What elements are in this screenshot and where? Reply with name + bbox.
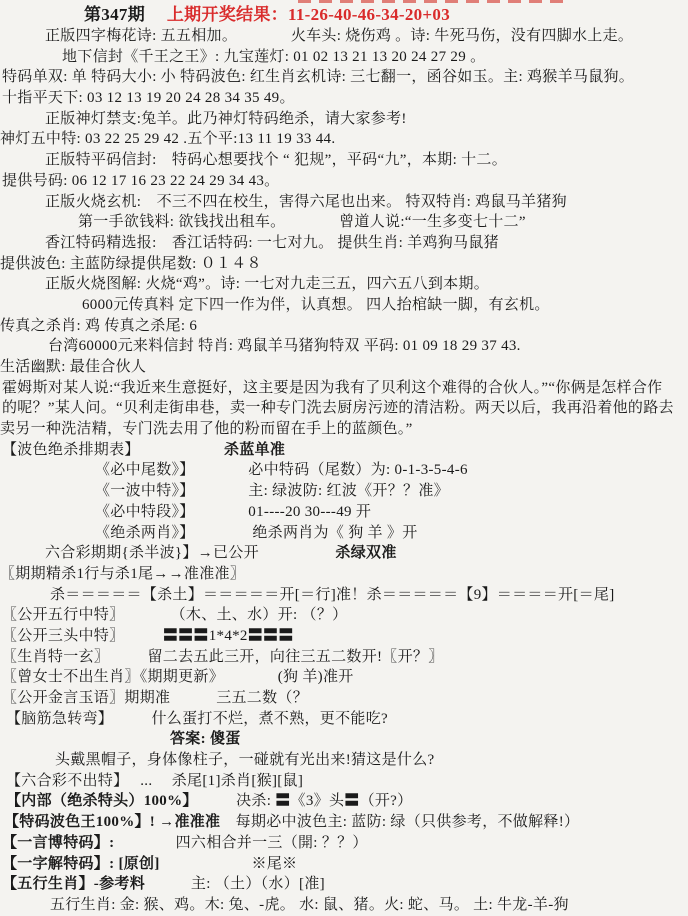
text-line-18: 生活幽默: 最佳合伙人	[0, 357, 688, 378]
text-segment: 主: （土）（水）[准]	[145, 876, 325, 892]
text-line-33: 〖曾女士不出生肖〗《期期更新》 (狗 羊)准开	[0, 667, 688, 688]
text-segment: 卖另一种洗洁精，专门洗去用了他的粉而留在手上的蓝颜色。”	[0, 421, 413, 437]
text-segment: 霍姆斯对某人说:“我近来生意挺好，这主要是因为我有了贝利这个难得的合伙人。”“你…	[2, 380, 662, 396]
text-line-37: 头戴黑帽子，身体像柱子，一碰就有光出来!猜这是什么?	[0, 750, 688, 771]
text-segment: 四六相合并一三（開: ？？）	[114, 835, 367, 851]
text-line-42: 【一字解特码】: [原创] ※尾※	[0, 854, 688, 875]
issue-number: 第347期	[84, 5, 145, 24]
section-label: 六合彩期期{杀半波}】→已公开	[45, 545, 259, 561]
section-label: 【特码波色王100%】! →准准准	[4, 814, 220, 830]
text-line-8: 正版特平码信封: 特码心想要找个 “ 犯规”，平码“九”，本期: 十二。	[0, 150, 688, 171]
text-segment: 特码单双: 单 特码大小: 小 特码波色: 红生肖玄机诗: 三七翻一，函谷如玉。…	[2, 69, 634, 85]
text-segment: （开?）	[360, 793, 413, 809]
text-line-28: 〖期期精杀1行与杀1尾→→准准准〗	[0, 564, 688, 585]
text-line-3: 地下信封《千王之王》: 九宝莲灯: 01 02 13 21 13 20 24 2…	[0, 47, 688, 68]
text-line-17: 台湾60000元来料信封 特肖: 鸡鼠羊马猪狗特双 平码: 01 09 18 2…	[0, 336, 688, 357]
text-line-26: 《绝杀两肖》】 绝杀两肖为《 狗 羊 》开	[0, 523, 688, 544]
text-line-20: 的呢？”某人问。“贝利走街串巷，卖一种专门洗去厨房污迹的清洁粉。两天以后，我再沿…	[0, 398, 688, 419]
last-draw-numbers: 11-26-40-46-34-20+03	[288, 5, 450, 24]
text-segment: 〖公开金言玉语〗期期准 三五二数（？	[2, 690, 308, 706]
text-segment: 传真之杀肖: 鸡 传真之杀尾: 6	[0, 318, 197, 334]
text-line-1: 第347期 上期开奖结果：11-26-40-46-34-20+03	[0, 4, 688, 26]
text-line-9: 提供号码: 06 12 17 16 23 22 24 29 34 43。	[0, 171, 688, 192]
text-segment: 《必中尾数》】 必中特码（尾数）为: 0-1-3-5-4-6	[95, 462, 468, 478]
text-segment: 正版火烧图解: 火烧“鸡”。诗: 一七对九走三五，四六五八到本期。	[45, 276, 489, 292]
section-label: 【六合彩不出特】	[6, 773, 121, 789]
text-line-21: 卖另一种洗洁精，专门洗去用了他的粉而留在手上的蓝颜色。”	[0, 419, 688, 440]
text-line-40: 【特码波色王100%】! →准准准 每期必中波色主: 蓝防: 绿（只供参考，不做…	[0, 812, 688, 833]
text-line-15: 6000元传真料 定下四一作为伴，认真想。 四人抬棺缺一脚，有玄机。	[0, 295, 688, 316]
cropped-red-text-remnant	[298, 0, 563, 3]
text-line-13: 提供波色: 主蓝防绿提供尾数: ０１４８	[0, 254, 688, 275]
text-line-27: 六合彩期期{杀半波}】→已公开 杀绿双准	[0, 543, 688, 564]
text-line-38: 【六合彩不出特】 ... 杀尾[1]杀肖[猴][鼠]	[0, 771, 688, 792]
text-segment: 6000元传真料 定下四一作为伴，认真想。 四人抬棺缺一脚，有玄机。	[82, 297, 550, 313]
text-line-19: 霍姆斯对某人说:“我近来生意挺好，这主要是因为我有了贝利这个难得的合伙人。”“你…	[0, 378, 688, 399]
text-segment: 正版特平码信封: 特码心想要找个 “ 犯规”，平码“九”，本期: 十二。	[45, 152, 507, 168]
text-line-24: 《一波中特》】 主: 绿波防: 红波《开？？准》	[0, 481, 688, 502]
text-segment: 每期必中波色主: 蓝防: 绿（只供参考，不做解释!）	[220, 814, 579, 830]
text-segment: 五行生肖: 金: 猴、鸡。木: 兔、-虎。 水: 鼠、猪。火: 蛇、马。 土: …	[50, 897, 569, 913]
text-segment: 〖公开五行中特〗 （木、土、水）开: （？）	[2, 607, 347, 623]
text-line-4: 特码单双: 单 特码大小: 小 特码波色: 红生肖玄机诗: 三七翻一，函谷如玉。…	[0, 67, 688, 88]
text-segment: 正版四字梅花诗: 五五相加。 火车头: 烧伤鸡 。诗: 牛死马伤，没有四脚水上走…	[45, 28, 633, 44]
text-segment: 正版火烧玄机: 不三不四在校生，害得六尾也出来。 特双特肖: 鸡鼠马羊猪狗	[45, 194, 567, 210]
document-body: 第347期 上期开奖结果：11-26-40-46-34-20+03正版四字梅花诗…	[0, 4, 688, 916]
section-label: 〖公开三头中特〗	[2, 628, 163, 644]
text-segment: 〖生肖特一玄〗 留二去五此三开，向往三五二数开!〖开？〗	[2, 649, 444, 665]
text-line-16: 传真之杀肖: 鸡 传真之杀尾: 6	[0, 316, 688, 337]
text-line-44: 五行生肖: 金: 猴、鸡。木: 兔、-虎。 水: 鼠、猪。火: 蛇、马。 土: …	[0, 895, 688, 916]
result-note: 杀绿双准	[335, 545, 396, 561]
text-segment: 杀＝＝＝＝＝【杀土】＝＝＝＝＝开[＝行]准！杀＝＝＝＝＝【9】＝＝＝＝开[＝尾]	[50, 587, 614, 603]
text-segment: 1*4*2	[209, 628, 248, 644]
text-line-10: 正版火烧玄机: 不三不四在校生，害得六尾也出来。 特双特肖: 鸡鼠马羊猪狗	[0, 192, 688, 213]
text-line-12: 香江特码精选报: 香江话特码: 一七对九。 提供生肖: 羊鸡狗马鼠猪	[0, 233, 688, 254]
text-segment: 《必中特段》】 01----20 30---49 开	[95, 504, 371, 520]
redaction-bar: 〓	[275, 793, 290, 809]
riddle-answer: 答案: 傻蛋	[170, 731, 241, 747]
text-segment: 的呢？”某人问。“贝利走街串巷，卖一种专门洗去厨房污迹的清洁粉。两天以后，我再沿…	[2, 400, 674, 416]
text-line-34: 〖公开金言玉语〗期期准 三五二数（？	[0, 688, 688, 709]
text-segment: 《绝杀两肖》】 绝杀两肖为《 狗 羊 》开	[95, 525, 418, 541]
text-segment: ※尾※	[160, 856, 298, 872]
text-line-35: 【脑筋急转弯】 什么蛋打不烂，煮不熟，更不能吃?	[0, 709, 688, 730]
lottery-tip-sheet: 第347期 上期开奖结果：11-26-40-46-34-20+03正版四字梅花诗…	[0, 0, 688, 916]
text-segment: 正版神灯禁支:兔羊。此乃神灯特码绝杀，请大家参考!	[45, 111, 407, 127]
text-line-30: 〖公开五行中特〗 （木、土、水）开: （？）	[0, 605, 688, 626]
text-line-7: 神灯五中特: 03 22 25 29 42 .五个平:13 11 19 33 4…	[0, 129, 688, 150]
text-line-6: 正版神灯禁支:兔羊。此乃神灯特码绝杀，请大家参考!	[0, 109, 688, 130]
result-note: 杀蓝单准	[224, 442, 285, 458]
redaction-bars: 〓〓〓	[248, 628, 294, 644]
text-line-25: 《必中特段》】 01----20 30---49 开	[0, 502, 688, 523]
section-label: 【五行生肖】-参考料	[2, 876, 145, 892]
text-line-14: 正版火烧图解: 火烧“鸡”。诗: 一七对九走三五，四六五八到本期。	[0, 274, 688, 295]
text-segment: 决杀:	[190, 793, 275, 809]
text-line-31: 〖公开三头中特〗 〓〓〓1*4*2〓〓〓	[0, 626, 688, 647]
text-segment: 头戴黑帽子，身体像柱子，一碰就有光出来!猜这是什么?	[55, 752, 434, 768]
redaction-bars: 〓〓〓	[163, 628, 209, 644]
text-line-43: 【五行生肖】-参考料 主: （土）（水）[准]	[0, 874, 688, 895]
text-line-41: 【一言博特码】: 四六相合并一三（開: ？？）	[0, 833, 688, 854]
text-segment: 台湾60000元来料信封 特肖: 鸡鼠羊马猪狗特双 平码: 01 09 18 2…	[48, 338, 521, 354]
spacer	[132, 442, 224, 458]
section-label: 【波色绝杀排期表】	[2, 442, 132, 458]
section-label: 【脑筋急转弯】	[6, 711, 106, 727]
text-segment: 香江特码精选报: 香江话特码: 一七对九。 提供生肖: 羊鸡狗马鼠猪	[45, 235, 499, 251]
text-segment: 第一手欲钱料: 欲钱找出租车。 曾道人说:“一生多变七十二”	[78, 214, 526, 230]
text-line-22: 【波色绝杀排期表】 杀蓝单准	[0, 440, 688, 461]
text-segment: 地下信封《千王之王》: 九宝莲灯: 01 02 13 21 13 20 24 2…	[62, 49, 485, 65]
text-line-39: 【内部（绝杀特头）100%】 决杀: 〓《3》头〓（开?）	[0, 791, 688, 812]
last-draw-label: 上期开奖结果：	[167, 5, 288, 24]
text-segment: 神灯五中特: 03 22 25 29 42 .五个平:13 11 19 33 4…	[0, 131, 335, 147]
text-segment: 《3》头	[291, 793, 345, 809]
section-label: 【内部（绝杀特头）100%】	[6, 793, 190, 809]
text-segment: 生活幽默: 最佳合伙人	[0, 359, 146, 375]
text-line-23: 《必中尾数》】 必中特码（尾数）为: 0-1-3-5-4-6	[0, 460, 688, 481]
text-segment: ... 杀尾[1]杀肖[猴][鼠]	[121, 773, 303, 789]
text-line-2: 正版四字梅花诗: 五五相加。 火车头: 烧伤鸡 。诗: 牛死马伤，没有四脚水上走…	[0, 26, 688, 47]
text-segment: 提供号码: 06 12 17 16 23 22 24 29 34 43。	[2, 173, 279, 189]
text-line-32: 〖生肖特一玄〗 留二去五此三开，向往三五二数开!〖开？〗	[0, 647, 688, 668]
text-segment: 什么蛋打不烂，煮不熟，更不能吃?	[106, 711, 388, 727]
spacer	[145, 5, 167, 24]
redaction-bar: 〓	[344, 793, 359, 809]
text-line-5: 十指平天下: 03 12 13 19 20 24 28 34 35 49。	[0, 88, 688, 109]
text-segment: 《一波中特》】 主: 绿波防: 红波《开？？准》	[95, 483, 449, 499]
text-line-29: 杀＝＝＝＝＝【杀土】＝＝＝＝＝开[＝行]准！杀＝＝＝＝＝【9】＝＝＝＝开[＝尾]	[0, 585, 688, 606]
text-segment: 〖曾女士不出生肖〗《期期更新》 (狗 羊)准开	[2, 669, 354, 685]
text-segment: 提供波色: 主蓝防绿提供尾数: ０１４８	[0, 256, 262, 272]
text-segment: 十指平天下: 03 12 13 19 20 24 28 34 35 49。	[2, 90, 295, 106]
section-label: 【一言博特码】:	[2, 835, 114, 851]
text-line-36: 答案: 傻蛋	[0, 729, 688, 750]
spacer	[259, 545, 336, 561]
text-segment: 〖期期精杀1行与杀1尾→→准准准〗	[0, 566, 245, 582]
section-label: 【一字解特码】: [原创]	[2, 856, 160, 872]
text-line-11: 第一手欲钱料: 欲钱找出租车。 曾道人说:“一生多变七十二”	[0, 212, 688, 233]
